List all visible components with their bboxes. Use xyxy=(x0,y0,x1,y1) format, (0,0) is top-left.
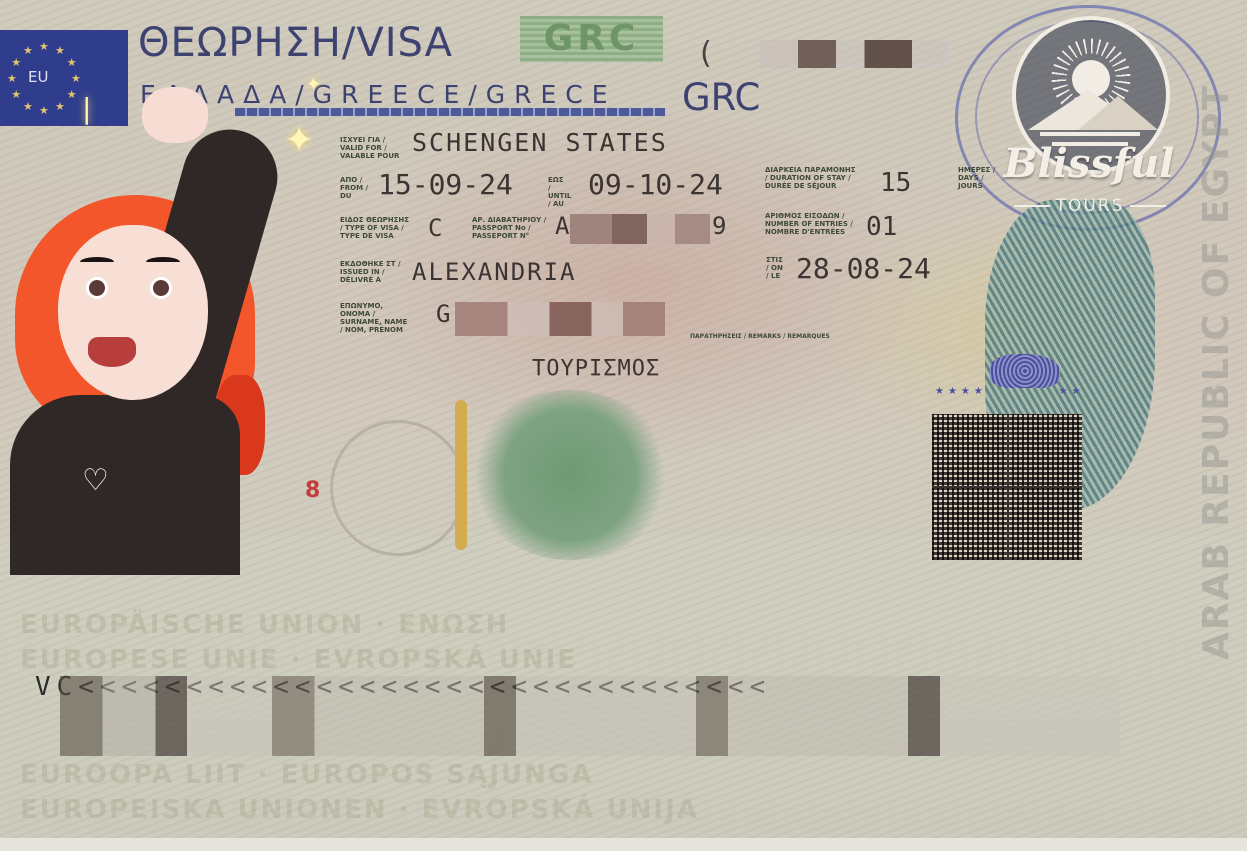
background-text-3: EUROOPA LIIT · EUROPOS SĄJUNGA xyxy=(20,760,593,790)
redacted-document-number xyxy=(760,40,950,68)
value-issued-in: ALEXANDRIA xyxy=(412,258,577,286)
blissful-tours-logo: Blissful TOURS xyxy=(990,10,1190,220)
page-edge xyxy=(0,838,1247,851)
logo-name: Blissful xyxy=(994,140,1184,187)
passport-page-text: ARAB REPUBLIC OF EGYPT xyxy=(1196,84,1237,660)
redacted-passport-number xyxy=(570,214,710,244)
value-from: 15-09-24 xyxy=(378,168,513,201)
value-until: 09-10-24 xyxy=(588,168,723,201)
star-icon: ★ xyxy=(55,45,65,56)
redacted-name xyxy=(455,302,665,336)
value-type-of-visa: C xyxy=(428,214,442,242)
star-icon: ★ xyxy=(39,41,49,52)
star-icon: ★ xyxy=(71,73,81,84)
fist xyxy=(142,87,208,143)
sparkle-icon: ✦ xyxy=(284,120,314,161)
background-text-2: EUROPESE UNIE · EVROPSKÁ UNIE xyxy=(20,645,577,675)
value-duration: 15 xyxy=(880,168,911,198)
label-remarks: ΠΑΡΑΤΗΡΗΣΕΙΣ / REMARKS / REMARQUES xyxy=(690,333,860,341)
barcode-2d xyxy=(932,414,1082,560)
avatar-body xyxy=(10,395,240,575)
value-issue-date: 28-08-24 xyxy=(796,252,931,285)
value-passport-end: 9 xyxy=(712,212,726,240)
value-remarks: ΤΟΥΡΙΣΜΟΣ xyxy=(532,356,660,381)
label-valid-for: ΙΣΧΥΕΙ ΓΙΑ / VALID FOR / VALABLE POUR xyxy=(340,136,410,160)
label-name: ΕΠΩΝΥΜΟ, ΟΝΟΜΑ / SURNAME, NAME / NOM, PR… xyxy=(340,302,410,334)
hologram xyxy=(320,390,680,560)
label-duration: ΔΙΑΡΚΕΙΑ ΠΑΡΑΜΟΝΗΣ / DURATION OF STAY / … xyxy=(765,166,860,190)
stars-row: ★★★★ ★★ xyxy=(935,386,1085,397)
sparkle-icon: | xyxy=(82,92,91,125)
star-icon: ★ xyxy=(11,57,21,68)
heart-icon: ♡ xyxy=(82,463,109,498)
sparkle-icon: ✦ xyxy=(306,74,321,95)
background-text-1: EUROPÄISCHE UNION · ΕΝΩΣΗ xyxy=(20,610,509,640)
visa-photo: ★★★★★★★★★★★★ EU ΘΕΩΡΗΣΗ/VISA GRC ( ΕΛΛΑΔ… xyxy=(0,0,1247,851)
avatar-sticker: ♡ xyxy=(0,85,320,575)
redacted-mrz xyxy=(60,676,1120,756)
star-icon: ★ xyxy=(67,57,77,68)
star-icon: ★ xyxy=(7,73,17,84)
label-passport-number: ΑΡ. ΔΙΑΒΑΤΗΡΙΟΥ / PASSPORT No / PASSEPOR… xyxy=(472,216,552,240)
label-issued-in: ΕΚΔΟΘΗΚΕ ΣΤ / ISSUED IN / DÉLIVRÉ À xyxy=(340,260,410,284)
star-icon: ★ xyxy=(23,45,33,56)
visa-title: ΘΕΩΡΗΣΗ/VISA xyxy=(138,20,453,66)
grc-security-box: GRC xyxy=(520,16,663,62)
value-entries: 01 xyxy=(866,212,897,242)
logo-subtitle: TOURS xyxy=(990,196,1190,216)
eu-badge: EU xyxy=(28,68,48,86)
label-issue-date: ΣΤΙΣ / ON / LE xyxy=(766,256,786,280)
background-text-4: EUROPEISKA UNIONEN · EVROPSKÁ UNIJA xyxy=(20,795,699,825)
avatar-mouth xyxy=(88,337,136,367)
value-name-start: G xyxy=(436,300,450,328)
value-passport-start: A xyxy=(555,212,569,240)
avatar-face xyxy=(58,225,208,400)
bull-emblem xyxy=(990,354,1060,388)
label-type-of-visa: ΕΙΔΟΣ ΘΕΩΡΗΣΗΣ / TYPE OF VISA / TYPE DE … xyxy=(340,216,410,240)
value-valid-for: SCHENGEN STATES xyxy=(412,128,668,157)
country-code: GRC xyxy=(682,76,760,119)
label-from: ΑΠΟ / FROM / DU xyxy=(340,176,370,200)
label-entries: ΑΡΙΘΜΟΣ ΕΙΣΟΔΩΝ / NUMBER OF ENTRIES / NO… xyxy=(765,212,860,236)
document-number: ( xyxy=(700,36,712,71)
label-until: ΕΩΣ / UNTIL / AU xyxy=(548,176,568,208)
